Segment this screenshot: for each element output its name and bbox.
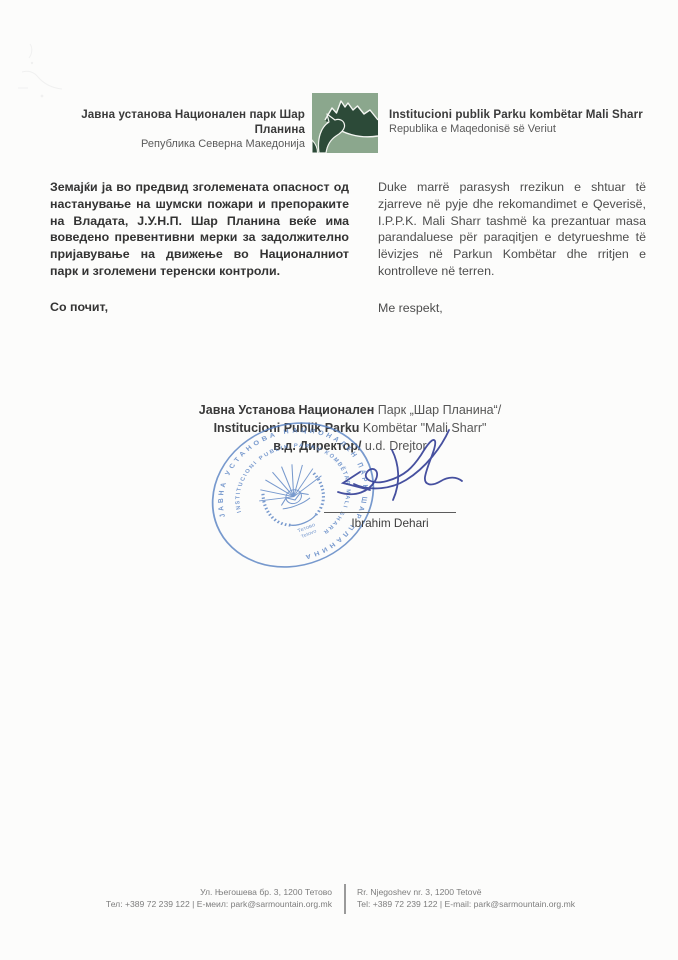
handwritten-signature [328, 424, 468, 520]
park-logo-icon [312, 93, 378, 153]
org-name-mk: Јавна установа Национален парк Шар Плани… [50, 107, 305, 137]
org-country-sq: Republika e Maqedonisë së Veriut [389, 122, 659, 137]
scan-artifact-marks [8, 30, 98, 105]
header-org-macedonian: Јавна установа Национален парк Шар Плани… [50, 107, 305, 152]
closing-macedonian: Со почит, [50, 300, 108, 314]
closing-albanian: Me respekt, [378, 301, 443, 315]
footer-phone-email-mk: Тел: +389 72 239 122 | Е-меил: park@sarm… [32, 898, 332, 910]
footer-contact-macedonian: Ул. Његошева бр. 3, 1200 Тетово Тел: +38… [32, 886, 332, 910]
paragraph-albanian: Duke marrë parasysh rrezikun e shtuar të… [378, 179, 646, 280]
footer-address-sq: Rr. Njegoshev nr. 3, 1200 Tetovë [357, 886, 657, 898]
org-country-mk: Република Северна Македонија [50, 137, 305, 152]
footer-contact-albanian: Rr. Njegoshev nr. 3, 1200 Tetovë Tel: +3… [357, 886, 657, 910]
header-org-albanian: Institucioni publik Parku kombëtar Mali … [389, 107, 659, 137]
paragraph-macedonian: Земајќи ја во предвид зголемената опасно… [50, 179, 349, 280]
org-name-sq: Institucioni publik Parku kombëtar Mali … [389, 107, 659, 122]
signatory-name: Ibrahim Dehari [318, 516, 462, 530]
signatory-line-mk-reg: Парк „Шар Планина“/ [378, 403, 501, 417]
footer-divider [344, 884, 346, 914]
stamp-coat-of-arms [250, 454, 328, 518]
signature-rule-line [324, 512, 456, 513]
footer-phone-email-sq: Tel: +389 72 239 122 | E-mail: park@sarm… [357, 898, 657, 910]
scanned-letter-page: Јавна установа Национален парк Шар Плани… [0, 0, 678, 960]
footer-address-mk: Ул. Његошева бр. 3, 1200 Тетово [32, 886, 332, 898]
